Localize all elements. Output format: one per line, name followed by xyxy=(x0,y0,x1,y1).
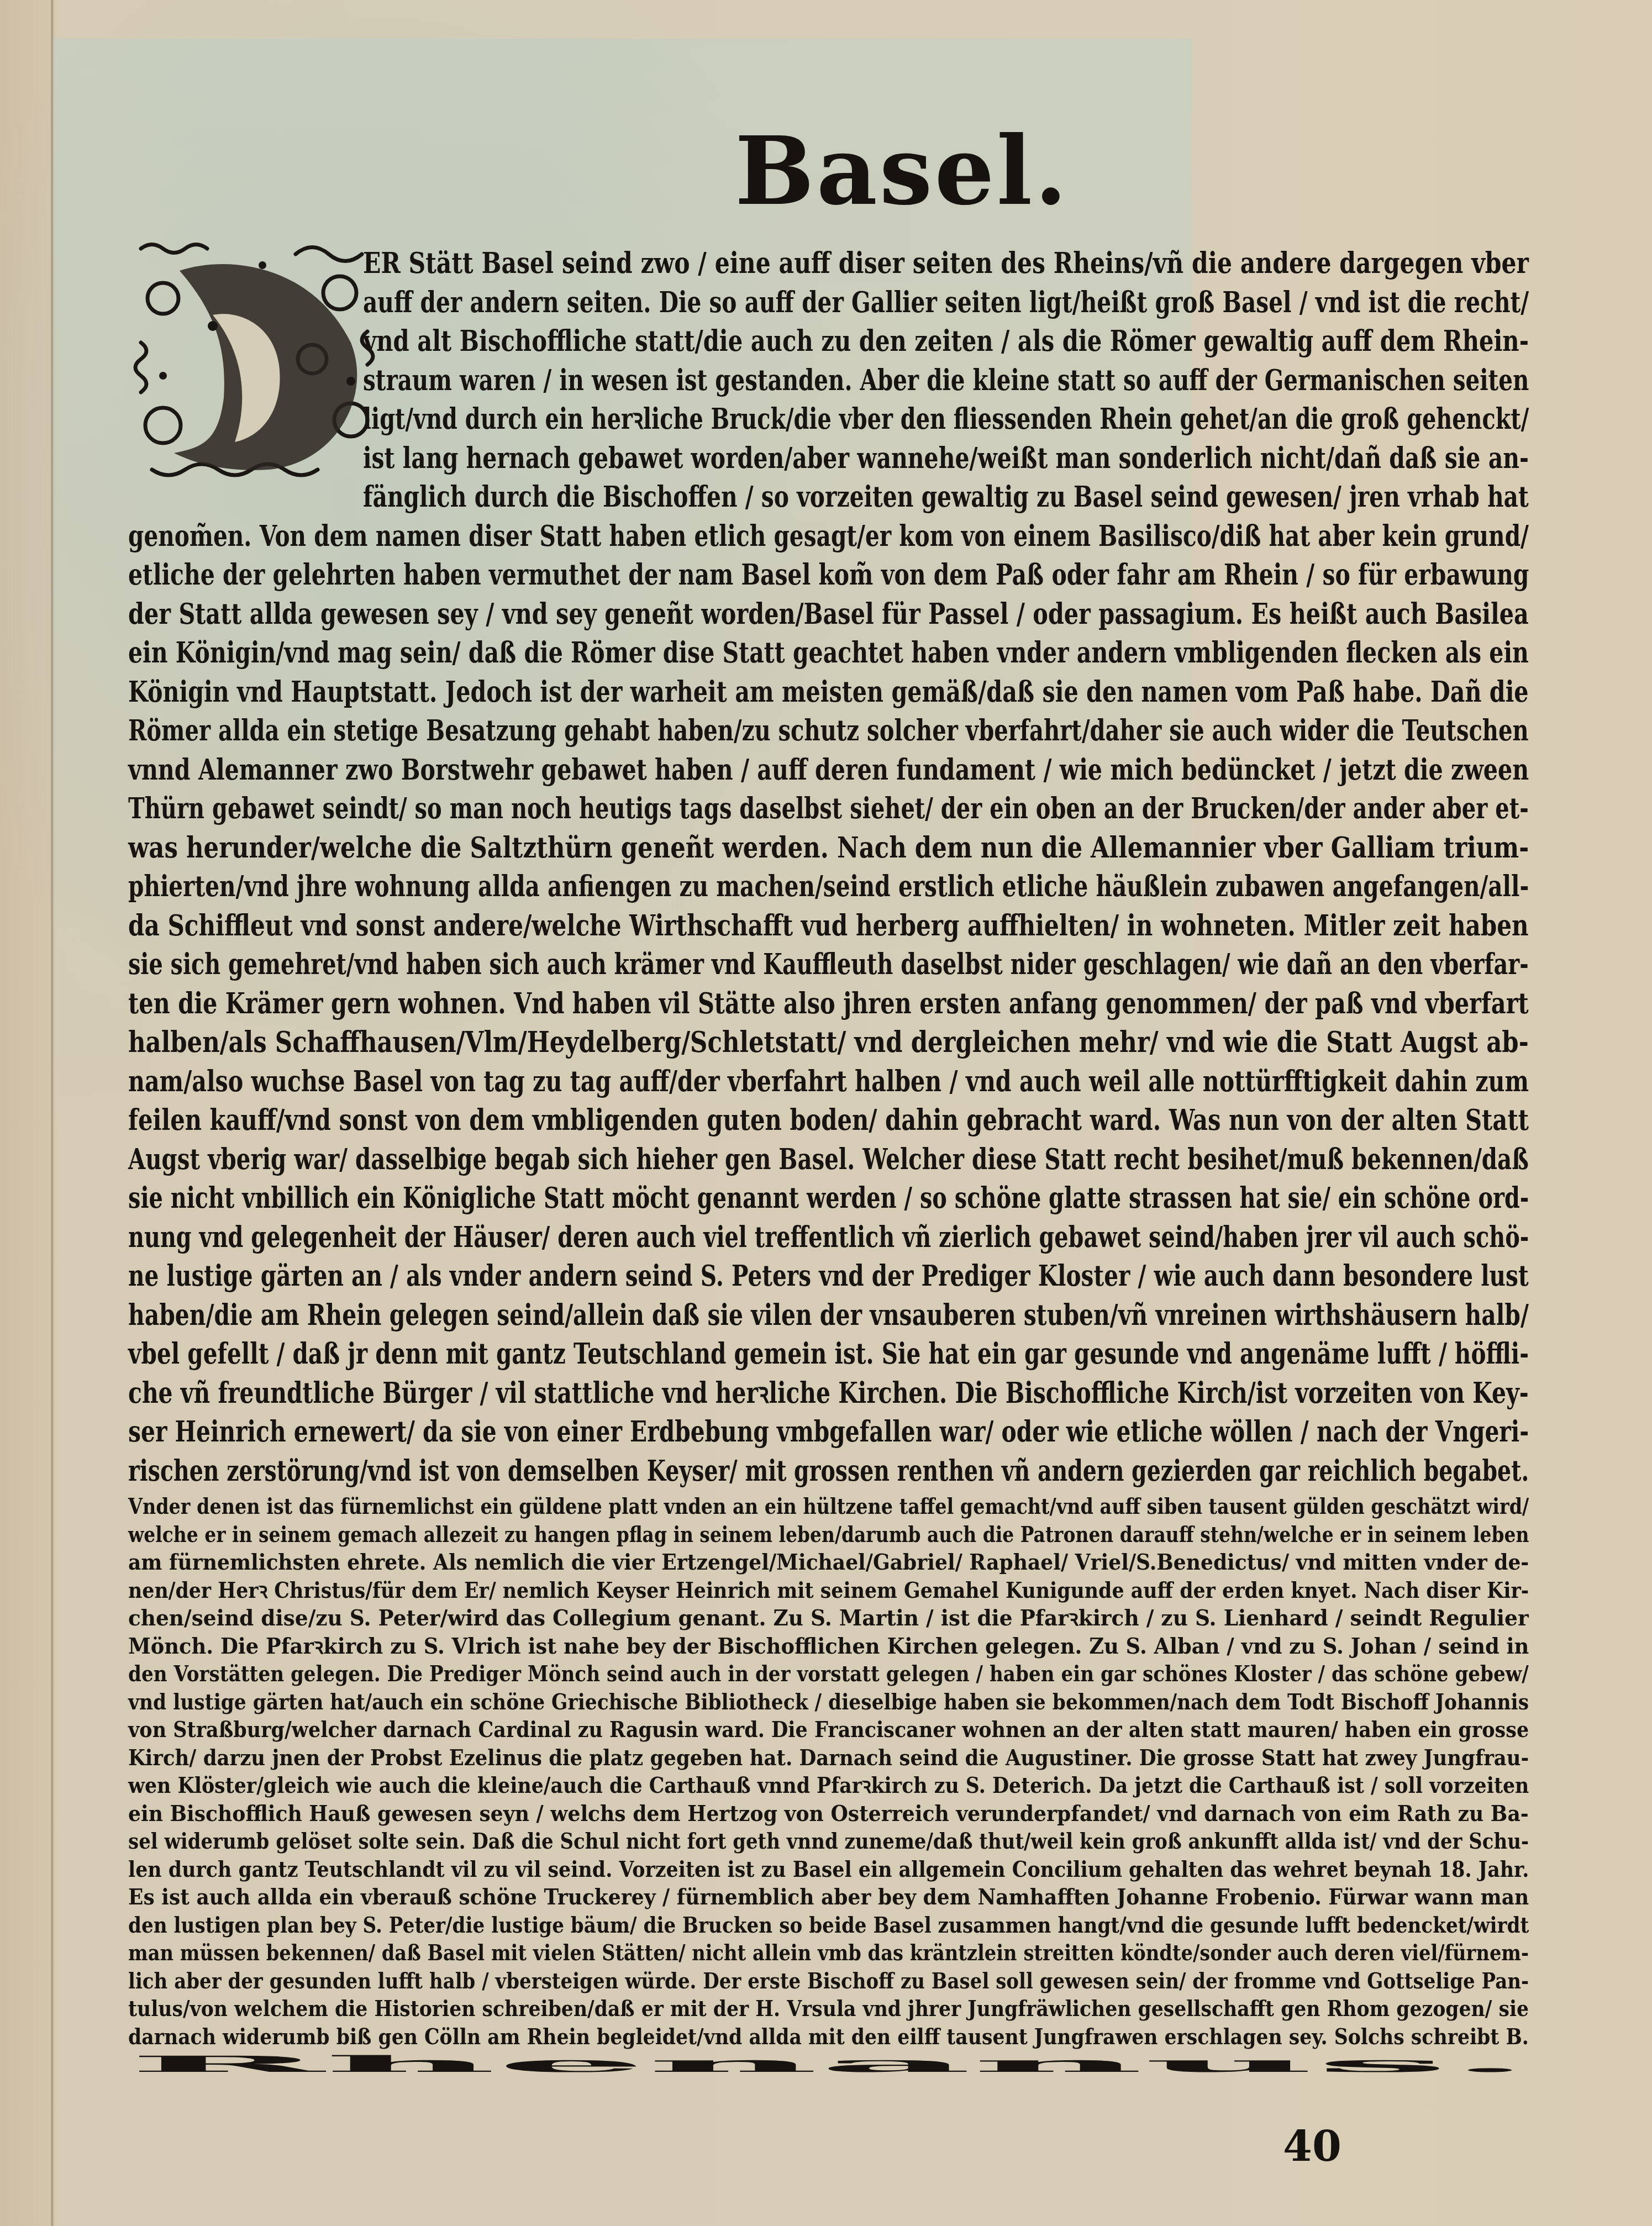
page-edge-fold xyxy=(51,0,53,2226)
text-line-small: sel widerumb gelöset solte sein. Daß die… xyxy=(128,1825,1529,1857)
text-line: auff der andern seiten. Die so auff der … xyxy=(363,281,1529,324)
text-line: ER Stätt Basel seind zwo / eine auff dis… xyxy=(363,242,1316,285)
text-line: ten die Krämer gern wohnen. Vnd haben vi… xyxy=(128,982,1529,1025)
text-line: feilen kauff/vnd sonst von dem vmbligend… xyxy=(128,1099,1529,1142)
text-line: sie nicht vnbillich ein Königliche Statt… xyxy=(128,1177,1529,1220)
text-line: etliche der gelehrten haben vermuthet de… xyxy=(128,554,1529,597)
text-line: vnnd Alemanner zwo Borstwehr gebawet hab… xyxy=(128,749,1529,792)
text-line-small: Es ist auch allda ein vberauß schöne Tru… xyxy=(128,1881,1529,1913)
text-line-small: chen/seind dise/zu S. Peter/wird das Col… xyxy=(128,1602,1529,1634)
text-line: vnd alt Bischoffliche statt/die auch zu … xyxy=(363,320,1529,363)
text-line: nam/also wuchse Basel von tag zu tag auf… xyxy=(128,1060,1529,1103)
text-line: phierten/vnd jhre wohnung allda anfienge… xyxy=(128,865,1529,908)
text-line-small: Mönch. Die Pfarꝛkirch zu S. Vlrich ist n… xyxy=(128,1630,1529,1662)
text-line: vbel gefellt / daß jr denn mit gantz Teu… xyxy=(128,1333,1529,1376)
text-line: da Schiffleut vnd sonst andere/welche Wi… xyxy=(128,904,1529,948)
text-line: che vñ freundtliche Bürger / vil stattli… xyxy=(128,1372,1529,1415)
text-line: halben/als Schaffhausen/Vlm/Heydelberg/S… xyxy=(128,1021,1529,1064)
text-line-small: lich aber der gesunden lufft halb / vber… xyxy=(128,1965,1529,1997)
text-line-small: den lustigen plan bey S. Peter/die lusti… xyxy=(128,1909,1529,1941)
text-line: ne lustige gärten an / als vnder andern … xyxy=(128,1255,1529,1298)
text-line-small: man müssen bekennen/ daß Basel mit viele… xyxy=(128,1937,1529,1969)
text-line-small: ein Bischofflich Hauß gewesen seyn / wel… xyxy=(128,1798,1529,1829)
text-line-small: Vnder denen ist das fürnemlichst ein gül… xyxy=(128,1491,1529,1522)
text-line-small: welche er in seinem gemach allezeit zu h… xyxy=(128,1519,1529,1550)
text-line: rischen zerstörung/vnd ist von demselben… xyxy=(128,1450,1529,1493)
text-line-small: len durch gantz Teutschlandt vil zu vil … xyxy=(128,1854,1529,1885)
text-line-small: vnd lustige gärten hat/auch ein schöne G… xyxy=(128,1686,1529,1718)
text-line: straum waren / in wesen ist gestanden. A… xyxy=(363,359,1529,402)
text-line: ist lang hernach gebawet worden/aber wan… xyxy=(363,437,1529,480)
text-line: haben/die am Rhein gelegen seind/allein … xyxy=(128,1294,1529,1337)
text-line: Römer allda ein stetige Besatzung gehabt… xyxy=(128,709,1529,752)
text-line-small: darnach widerumb biß gen Cölln am Rhein … xyxy=(128,2021,1529,2053)
text-line-small: Kirch/ darzu jnen der Probst Ezelinus di… xyxy=(128,1742,1529,1774)
text-line: ligt/vnd durch ein herꝛliche Bruck/die v… xyxy=(363,398,1529,441)
text-line: Thürn gebawet seindt/ so man noch heutig… xyxy=(128,787,1529,830)
text-line: genom̃en. Von dem namen diser Statt habe… xyxy=(128,515,1529,558)
page-number: 40 xyxy=(1283,2122,1341,2171)
ornamental-initial-d-icon xyxy=(130,232,378,486)
text-line-small: am fürnemlichsten ehrete. Als nemlich di… xyxy=(128,1546,1529,1578)
page-title: Basel. xyxy=(735,124,1022,218)
text-line: Augst vberig war/ dasselbige begab sich … xyxy=(128,1138,1529,1181)
text-line-small: von Straßburg/welcher darnach Cardinal z… xyxy=(128,1714,1529,1745)
text-line: fänglich durch die Bischoffen / so vorze… xyxy=(363,476,1529,519)
text-line-small: nen/der Herꝛ Christus/für dem Er/ nemlic… xyxy=(128,1575,1529,1606)
text-line: ser Heinrich ernewert/ da sie von einer … xyxy=(128,1411,1529,1454)
text-line-small: den Vorstätten gelegen. Die Prediger Mön… xyxy=(128,1658,1529,1690)
text-line-small: wen Klöster/gleich wie auch die kleine/a… xyxy=(128,1770,1529,1801)
text-line: Königin vnd Hauptstatt. Jedoch ist der w… xyxy=(128,671,1529,714)
text-line-small: tulus/von welchem die Historien schreibe… xyxy=(128,1993,1529,2024)
text-line: der Statt allda gewesen sey / vnd sey ge… xyxy=(128,593,1529,636)
text-line: nung vnd gelegenheit der Häuser/ deren a… xyxy=(128,1216,1529,1259)
text-line: sie sich gemehret/vnd haben sich auch kr… xyxy=(128,943,1529,986)
text-line-small: Rhenanus. xyxy=(128,2049,1531,2080)
text-line: ein Königin/vnd mag sein/ daß die Römer … xyxy=(128,632,1529,675)
text-line: was herunder/welche die Saltzthürn geneñ… xyxy=(128,827,1529,870)
